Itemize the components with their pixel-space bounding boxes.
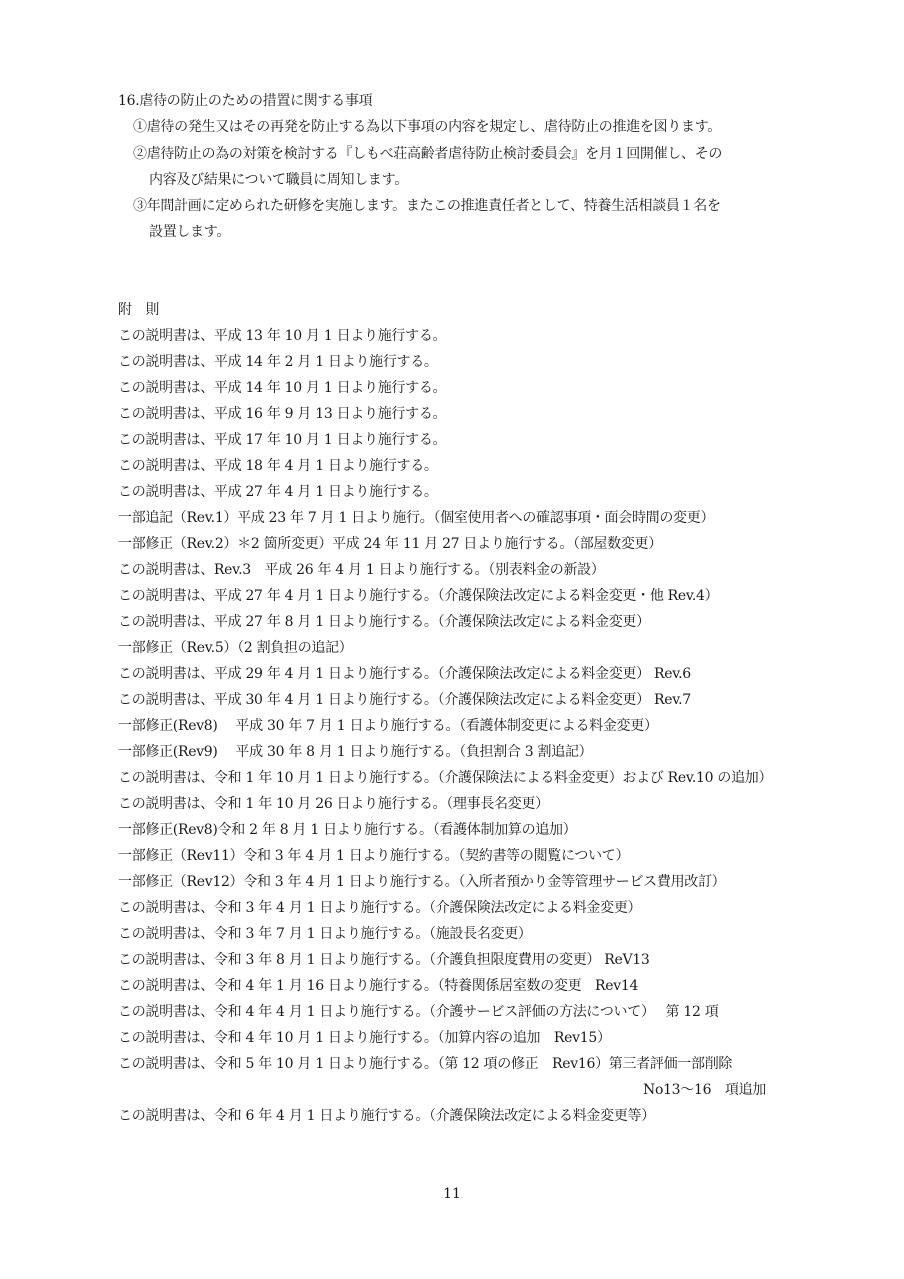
revision-line: この説明書は、平成 30 年 4 月 1 日より施行する。（介護保険法改定による… xyxy=(118,691,691,709)
document-page: 16.虐待の防止のための措置に関する事項 ①虐待の発生又はその再発を防止する為以… xyxy=(0,0,904,1279)
revision-line: この説明書は、平成 14 年 10 月 1 日より施行する。 xyxy=(118,379,446,397)
revision-line: この説明書は、平成 29 年 4 月 1 日より施行する。（介護保険法改定による… xyxy=(118,665,691,683)
revision-line: この説明書は、Rev.3 平成 26 年 4 月 1 日より施行する。（別表料金… xyxy=(118,561,605,579)
revision-line: この説明書は、平成 17 年 10 月 1 日より施行する。 xyxy=(118,431,446,449)
revision-line: この説明書は、平成 18 年 4 月 1 日より施行する。 xyxy=(118,457,438,475)
revision-line-continuation: No13～16 項追加 xyxy=(643,1081,766,1099)
revision-line: この説明書は、令和 3 年 4 月 1 日より施行する。（介護保険法改定による料… xyxy=(118,899,641,917)
section-heading: 16.虐待の防止のための措置に関する事項 xyxy=(118,92,372,110)
page-number: 11 xyxy=(0,1186,904,1202)
revision-line: 一部修正(Rev9) 平成 30 年 8 月 1 日より施行する。（負担割合 3… xyxy=(118,743,592,761)
section-item-continuation: 設置します。 xyxy=(149,223,230,241)
revision-line: この説明書は、令和 6 年 4 月 1 日より施行する。（介護保険法改定による料… xyxy=(118,1107,655,1125)
revision-line: 一部修正(Rev8) 平成 30 年 7 月 1 日より施行する。（看護体制変更… xyxy=(118,717,658,735)
revision-line: この説明書は、令和 4 年 1 月 16 日より施行する。（特養関係居室数の変更… xyxy=(118,977,638,995)
section-item-continuation: 内容及び結果について職員に周知します。 xyxy=(149,171,408,189)
supplementary-heading: 附 則 xyxy=(118,301,159,319)
revision-line: この説明書は、平成 16 年 9 月 13 日より施行する。 xyxy=(118,405,446,423)
revision-line: この説明書は、平成 27 年 4 月 1 日より施行する。 xyxy=(118,483,438,501)
revision-line: この説明書は、令和 3 年 8 月 1 日より施行する。（介護負担限度費用の変更… xyxy=(118,951,650,969)
revision-line: この説明書は、平成 13 年 10 月 1 日より施行する。 xyxy=(118,327,446,345)
revision-line: この説明書は、令和 4 年 4 月 1 日より施行する。（介護サービス評価の方法… xyxy=(118,1003,718,1021)
revision-line: この説明書は、令和 1 年 10 月 1 日より施行する。（介護保険法による料金… xyxy=(118,769,772,787)
revision-line: 一部修正（Rev12）令和 3 年 4 月 1 日より施行する。（入所者預かり金… xyxy=(118,873,725,891)
revision-line: この説明書は、令和 3 年 7 月 1 日より施行する。（施設長名変更） xyxy=(118,925,532,943)
revision-line: この説明書は、令和 5 年 10 月 1 日より施行する。（第 12 項の修正 … xyxy=(118,1055,732,1073)
section-item: ③年間計画に定められた研修を実施します。またこの推進責任者として、特養生活相談員… xyxy=(133,197,721,215)
revision-line: この説明書は、平成 27 年 4 月 1 日より施行する。（介護保険法改定による… xyxy=(118,587,718,605)
revision-line: この説明書は、令和 4 年 10 月 1 日より施行する。（加算内容の追加 Re… xyxy=(118,1029,611,1047)
section-item: ①虐待の発生又はその再発を防止する為以下事項の内容を規定し、虐待防止の推進を図り… xyxy=(133,118,721,136)
revision-line: 一部追記（Rev.1）平成 23 年 7 月 1 日より施行。（個室使用者への確… xyxy=(118,509,714,527)
revision-line: 一部修正（Rev.2）＊2 箇所変更）平成 24 年 11 月 27 日より施行… xyxy=(118,535,662,553)
revision-line: 一部修正（Rev.5）（2 割負担の追記） xyxy=(118,639,353,657)
revision-line: この説明書は、平成 27 年 8 月 1 日より施行する。（介護保険法改定による… xyxy=(118,613,650,631)
revision-line: 一部修正（Rev11）令和 3 年 4 月 1 日より施行する。（契約書等の閲覧… xyxy=(118,847,629,865)
revision-line: この説明書は、令和 1 年 10 月 26 日より施行する。（理事長名変更） xyxy=(118,795,549,813)
section-item: ②虐待防止の為の対策を検討する『しもべ荘高齢者虐待防止検討委員会』を月１回開催し… xyxy=(133,145,722,163)
revision-line: 一部修正(Rev8)令和 2 年 8 月 1 日より施行する。（看護体制加算の追… xyxy=(118,821,576,839)
revision-line: この説明書は、平成 14 年 2 月 1 日より施行する。 xyxy=(118,353,438,371)
